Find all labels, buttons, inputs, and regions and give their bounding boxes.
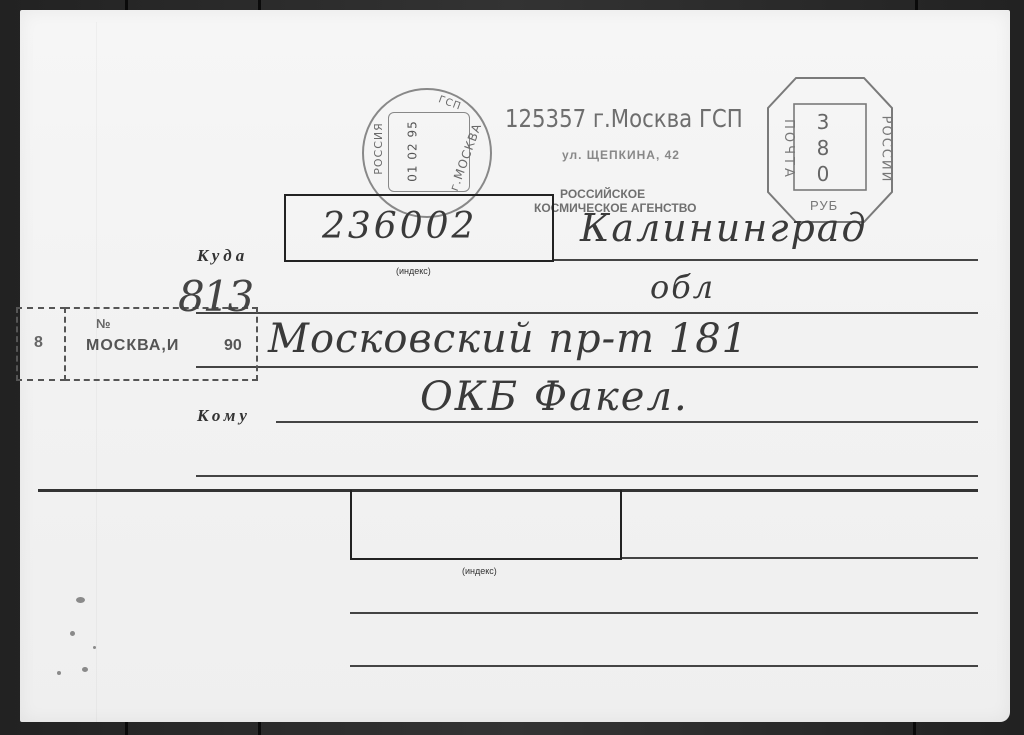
registration-office-number: 90 (224, 337, 242, 355)
return-line-rule (622, 557, 978, 559)
postmark-country: РОССИЯ (372, 122, 385, 175)
ink-spot (70, 631, 75, 636)
scanner-edge-mark (125, 722, 128, 735)
scanner-edge-mark (913, 722, 916, 735)
scanner-edge-mark (915, 0, 918, 10)
address-line-street: Московский пр-т 181 (268, 316, 748, 362)
scanner-edge-mark (258, 0, 261, 10)
address-line-region: обл (650, 268, 715, 306)
ink-spot (82, 667, 88, 672)
address-line-rule (196, 312, 978, 314)
return-index-caption: (индекс) (462, 566, 497, 576)
scanner-edge-mark (258, 722, 261, 735)
addressee-name: ОКБ Факел. (420, 374, 689, 420)
return-line-rule (350, 665, 978, 667)
recipient-index-value: 236002 (322, 206, 477, 247)
registration-number-label: № (96, 316, 111, 331)
to-whom-label: Кому (197, 406, 251, 426)
sender-org-line1: РОССИЙСКОЕ (560, 187, 645, 201)
ink-spot (57, 671, 61, 675)
ink-spot (76, 597, 85, 603)
address-line-rule (276, 421, 978, 423)
address-line-city: Калининград (580, 206, 868, 250)
ink-spot (93, 646, 96, 649)
registration-handwritten-number: 813 (178, 272, 252, 321)
registration-office: МОСКВА,И (86, 337, 179, 355)
return-index-box (350, 490, 622, 560)
sender-street: ул. ЩЕПКИНА, 42 (562, 148, 680, 162)
address-line-rule (196, 366, 978, 368)
meter-left-text: ПОЧТА (781, 119, 796, 180)
address-line-rule (554, 259, 978, 261)
address-line-rule (196, 475, 978, 477)
meter-value-digit: 0 (808, 162, 838, 186)
scanner-edge-mark (125, 0, 128, 10)
to-where-label: Куда (197, 246, 248, 266)
recipient-index-caption: (индекс) (396, 266, 431, 276)
postmark-date: 01 02 95 (406, 120, 420, 181)
meter-value-digit: 3 (808, 110, 838, 134)
sender-postcode-city: 125357 г.Москва ГСП (505, 104, 743, 133)
return-line-rule (350, 612, 978, 614)
registration-left-digit: 8 (34, 334, 43, 352)
meter-value-digit: 8 (808, 136, 838, 160)
meter-right-text: РОССИИ (878, 116, 893, 184)
